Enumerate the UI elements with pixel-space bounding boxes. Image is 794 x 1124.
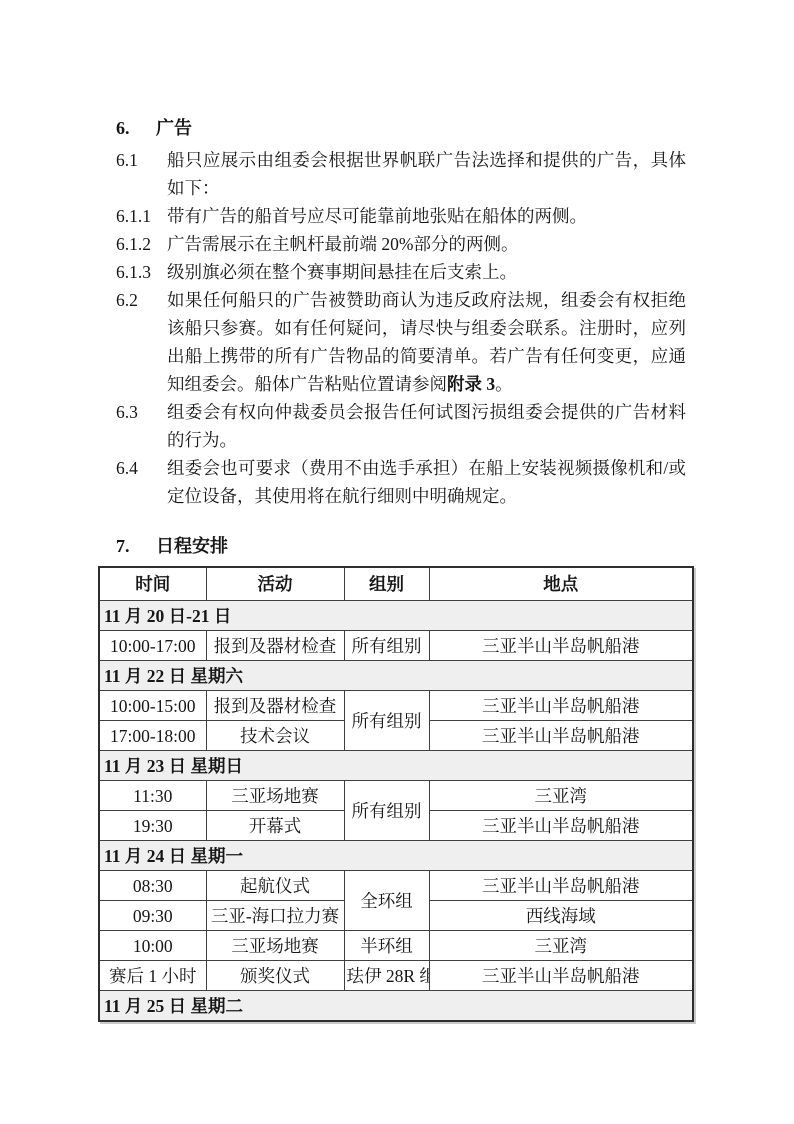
clause-6-1-1: 6.1.1 带有广告的船首号应尽可能靠前地张贴在船体的两侧。 xyxy=(116,202,686,230)
event-time-cell: 赛后 1 小时 xyxy=(99,961,206,991)
event-activity-cell: 开幕式 xyxy=(206,811,344,841)
section7-number: 7. xyxy=(116,532,156,560)
clause-text-main: 如果任何船只的广告被赞助商认为违反政府法规，组委会有权拒绝该船只参赛。如有任何疑… xyxy=(167,290,686,394)
event-location-cell: 三亚半山半岛帆船港 xyxy=(429,961,693,991)
event-time-cell: 08:30 xyxy=(99,871,206,901)
clause-text: 广告需展示在主帆杆最前端 20%部分的两侧。 xyxy=(167,230,686,258)
appendix-ref: 附录 3 xyxy=(447,374,495,394)
clause-6-4: 6.4 组委会也可要求（费用不由选手承担）在船上安装视频摄像机和/或定位设备，其… xyxy=(116,454,686,510)
section7-title: 日程安排 xyxy=(156,536,228,556)
schedule-header-row: 时间活动组别地点 xyxy=(99,567,693,601)
event-group-cell: 所有组别 xyxy=(344,781,429,841)
event-time-cell: 11:30 xyxy=(99,781,206,811)
event-activity-cell: 三亚场地赛 xyxy=(206,931,344,961)
header-cell-activity: 活动 xyxy=(206,567,344,601)
event-time-cell: 10:00-17:00 xyxy=(99,631,206,661)
event-activity-cell: 三亚-海口拉力赛 xyxy=(206,901,344,931)
clause-number: 6.3 xyxy=(116,398,167,454)
header-cell-time: 时间 xyxy=(99,567,206,601)
event-location-cell: 三亚半山半岛帆船港 xyxy=(429,811,693,841)
event-group-cell: 所有组别 xyxy=(344,691,429,751)
schedule-date-row: 11 月 22 日 星期六 xyxy=(99,661,693,691)
schedule-date-row: 11 月 23 日 星期日 xyxy=(99,751,693,781)
clause-text: 组委会有权向仲裁委员会报告任何试图污损组委会提供的广告材料的行为。 xyxy=(167,398,686,454)
schedule-event-row: 10:00三亚场地赛半环组三亚湾 xyxy=(99,931,693,961)
section6-title: 广告 xyxy=(156,118,192,138)
header-cell-location: 地点 xyxy=(429,567,693,601)
event-activity-cell: 三亚场地赛 xyxy=(206,781,344,811)
clause-text: 船只应展示由组委会根据世界帆联广告法选择和提供的广告，具体如下： xyxy=(167,146,686,202)
schedule-date-row: 11 月 20 日-21 日 xyxy=(99,601,693,631)
date-banner-cell: 11 月 20 日-21 日 xyxy=(99,601,693,631)
event-activity-cell: 报到及器材检查 xyxy=(206,691,344,721)
schedule-event-row: 赛后 1 小时颁奖仪式珐伊 28R 组三亚半山半岛帆船港 xyxy=(99,961,693,991)
clause-text: 如果任何船只的广告被赞助商认为违反政府法规，组委会有权拒绝该船只参赛。如有任何疑… xyxy=(167,286,686,398)
event-group-cell: 珐伊 28R 组 xyxy=(344,961,429,991)
clause-text-tail: 。 xyxy=(495,374,513,394)
event-location-cell: 三亚半山半岛帆船港 xyxy=(429,871,693,901)
clause-text: 带有广告的船首号应尽可能靠前地张贴在船体的两侧。 xyxy=(167,202,686,230)
schedule-event-row: 10:00-15:00报到及器材检查所有组别三亚半山半岛帆船港 xyxy=(99,691,693,721)
section6-clauses: 6.1 船只应展示由组委会根据世界帆联广告法选择和提供的广告，具体如下： 6.1… xyxy=(0,146,794,510)
clause-number: 6.1.1 xyxy=(116,202,167,230)
event-time-cell: 10:00 xyxy=(99,931,206,961)
event-location-cell: 三亚半山半岛帆船港 xyxy=(429,721,693,751)
document-page: 6.广告 6.1 船只应展示由组委会根据世界帆联广告法选择和提供的广告，具体如下… xyxy=(0,0,794,1124)
event-time-cell: 17:00-18:00 xyxy=(99,721,206,751)
section-advertising: 6.广告 6.1 船只应展示由组委会根据世界帆联广告法选择和提供的广告，具体如下… xyxy=(0,114,794,510)
event-activity-cell: 技术会议 xyxy=(206,721,344,751)
clause-6-1: 6.1 船只应展示由组委会根据世界帆联广告法选择和提供的广告，具体如下： xyxy=(116,146,686,202)
clause-6-3: 6.3 组委会有权向仲裁委员会报告任何试图污损组委会提供的广告材料的行为。 xyxy=(116,398,686,454)
date-banner-cell: 11 月 22 日 星期六 xyxy=(99,661,693,691)
event-location-cell: 三亚半山半岛帆船港 xyxy=(429,631,693,661)
clause-number: 6.1.2 xyxy=(116,230,167,258)
event-activity-cell: 颁奖仪式 xyxy=(206,961,344,991)
schedule-date-row: 11 月 25 日 星期二 xyxy=(99,991,693,1022)
event-location-cell: 西线海域 xyxy=(429,901,693,931)
event-time-cell: 19:30 xyxy=(99,811,206,841)
schedule-table: 时间活动组别地点11 月 20 日-21 日10:00-17:00报到及器材检查… xyxy=(98,566,694,1022)
clause-number: 6.1.3 xyxy=(116,258,167,286)
schedule-table-wrapper: 时间活动组别地点11 月 20 日-21 日10:00-17:00报到及器材检查… xyxy=(98,566,692,1022)
clause-6-2: 6.2 如果任何船只的广告被赞助商认为违反政府法规，组委会有权拒绝该船只参赛。如… xyxy=(116,286,686,398)
date-banner-cell: 11 月 24 日 星期一 xyxy=(99,841,693,871)
section6-heading: 6.广告 xyxy=(116,114,686,142)
clause-number: 6.1 xyxy=(116,146,167,202)
schedule-event-row: 11:30三亚场地赛所有组别三亚湾 xyxy=(99,781,693,811)
clause-6-1-3: 6.1.3 级别旗必须在整个赛事期间悬挂在后支索上。 xyxy=(116,258,686,286)
event-location-cell: 三亚半山半岛帆船港 xyxy=(429,691,693,721)
clause-number: 6.2 xyxy=(116,286,167,398)
event-time-cell: 09:30 xyxy=(99,901,206,931)
schedule-event-row: 08:30起航仪式全环组三亚半山半岛帆船港 xyxy=(99,871,693,901)
event-activity-cell: 起航仪式 xyxy=(206,871,344,901)
schedule-date-row: 11 月 24 日 星期一 xyxy=(99,841,693,871)
event-location-cell: 三亚湾 xyxy=(429,781,693,811)
event-group-cell: 半环组 xyxy=(344,931,429,961)
event-group-cell: 全环组 xyxy=(344,871,429,931)
event-group-cell: 所有组别 xyxy=(344,631,429,661)
section7-heading: 7.日程安排 xyxy=(116,532,686,560)
section6-number: 6. xyxy=(116,114,156,142)
date-banner-cell: 11 月 23 日 星期日 xyxy=(99,751,693,781)
date-banner-cell: 11 月 25 日 星期二 xyxy=(99,991,693,1022)
clause-number: 6.4 xyxy=(116,454,167,510)
clause-text: 级别旗必须在整个赛事期间悬挂在后支索上。 xyxy=(167,258,686,286)
schedule-event-row: 10:00-17:00报到及器材检查所有组别三亚半山半岛帆船港 xyxy=(99,631,693,661)
event-location-cell: 三亚湾 xyxy=(429,931,693,961)
header-cell-group: 组别 xyxy=(344,567,429,601)
event-time-cell: 10:00-15:00 xyxy=(99,691,206,721)
schedule-table-body: 时间活动组别地点11 月 20 日-21 日10:00-17:00报到及器材检查… xyxy=(99,567,693,1021)
section-schedule: 7.日程安排 时间活动组别地点11 月 20 日-21 日10:00-17:00… xyxy=(0,532,794,1022)
event-activity-cell: 报到及器材检查 xyxy=(206,631,344,661)
clause-text: 组委会也可要求（费用不由选手承担）在船上安装视频摄像机和/或定位设备，其使用将在… xyxy=(167,454,686,510)
clause-6-1-2: 6.1.2 广告需展示在主帆杆最前端 20%部分的两侧。 xyxy=(116,230,686,258)
